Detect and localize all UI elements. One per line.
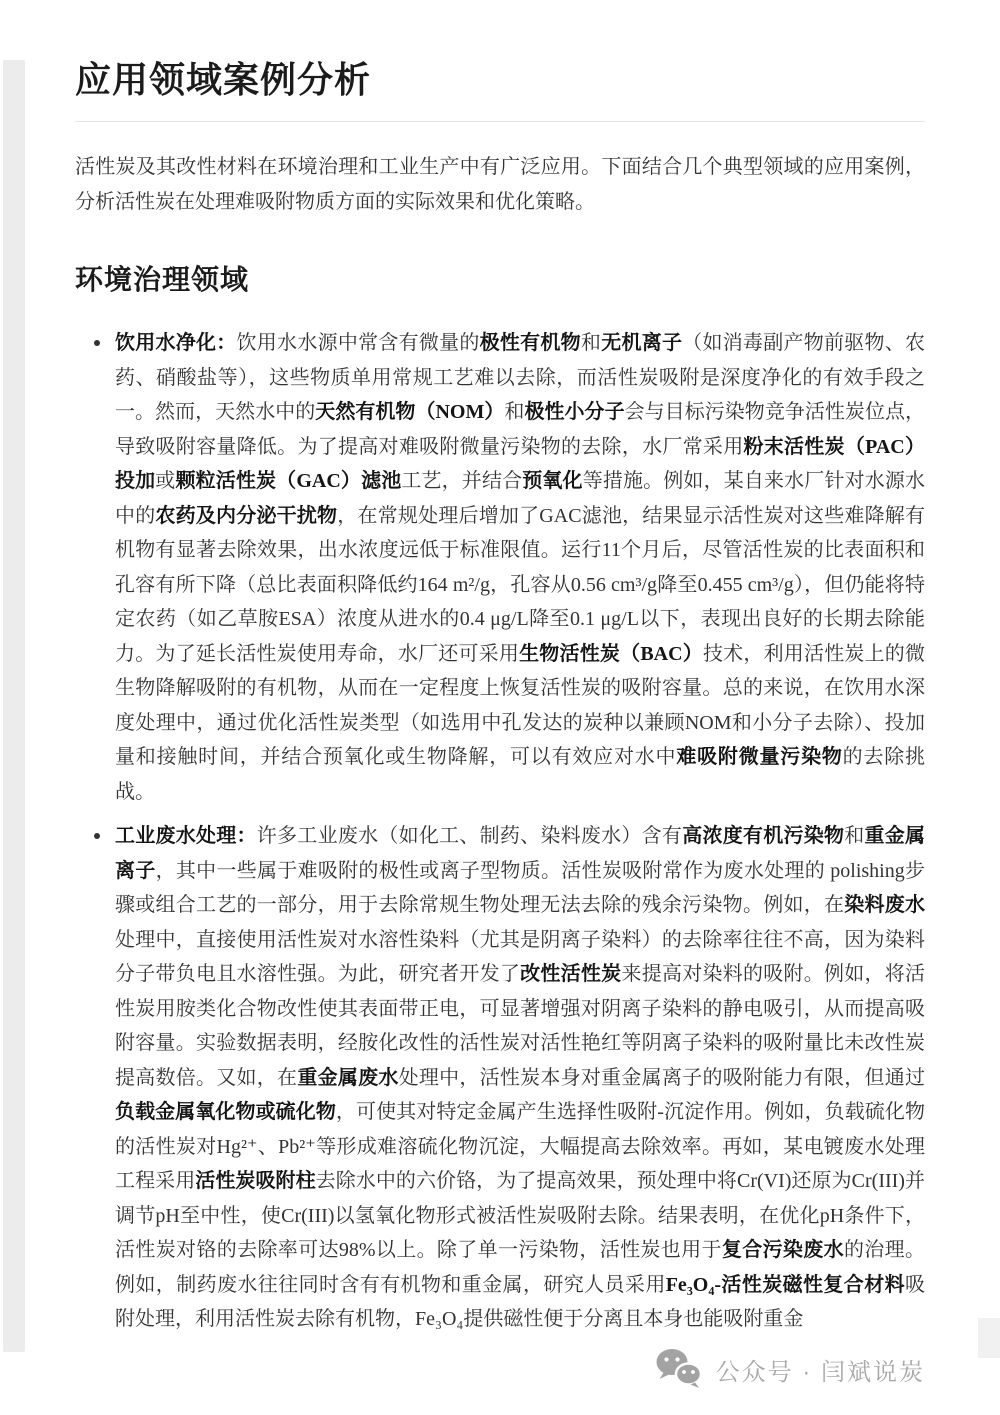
list-item-drinking-water: 饮用水净化：饮用水水源中常含有微量的极性有机物和无机离子（如消毒副产物前驱物、农… (115, 326, 925, 809)
watermark-text: 公众号 · 闫斌说炭 (716, 1352, 925, 1387)
scrollbar-thumb[interactable] (978, 1318, 1000, 1358)
section-heading-environment: 环境治理领域 (75, 262, 925, 298)
list-item-text: 工业废水处理：许多工业废水（如化工、制药、染料废水）含有高浓度有机污染物和重金属… (115, 819, 925, 1337)
case-list: 饮用水净化：饮用水水源中常含有微量的极性有机物和无机离子（如消毒副产物前驱物、农… (75, 326, 925, 1337)
document-body: 应用领域案例分析 活性炭及其改性材料在环境治理和工业生产中有广泛应用。下面结合几… (75, 58, 925, 1347)
title-divider (75, 121, 925, 122)
intro-paragraph: 活性炭及其改性材料在环境治理和工业生产中有广泛应用。下面结合几个典型领域的应用案… (75, 150, 925, 220)
page-edge-strip (3, 60, 25, 1352)
list-item-text: 饮用水净化：饮用水水源中常含有微量的极性有机物和无机离子（如消毒副产物前驱物、农… (115, 326, 925, 809)
wechat-watermark: 公众号 · 闫斌说炭 (654, 1347, 925, 1391)
page-title: 应用领域案例分析 (75, 58, 925, 102)
list-item-industrial-wastewater: 工业废水处理：许多工业废水（如化工、制药、染料废水）含有高浓度有机污染物和重金属… (115, 819, 925, 1337)
wechat-icon (654, 1347, 704, 1391)
